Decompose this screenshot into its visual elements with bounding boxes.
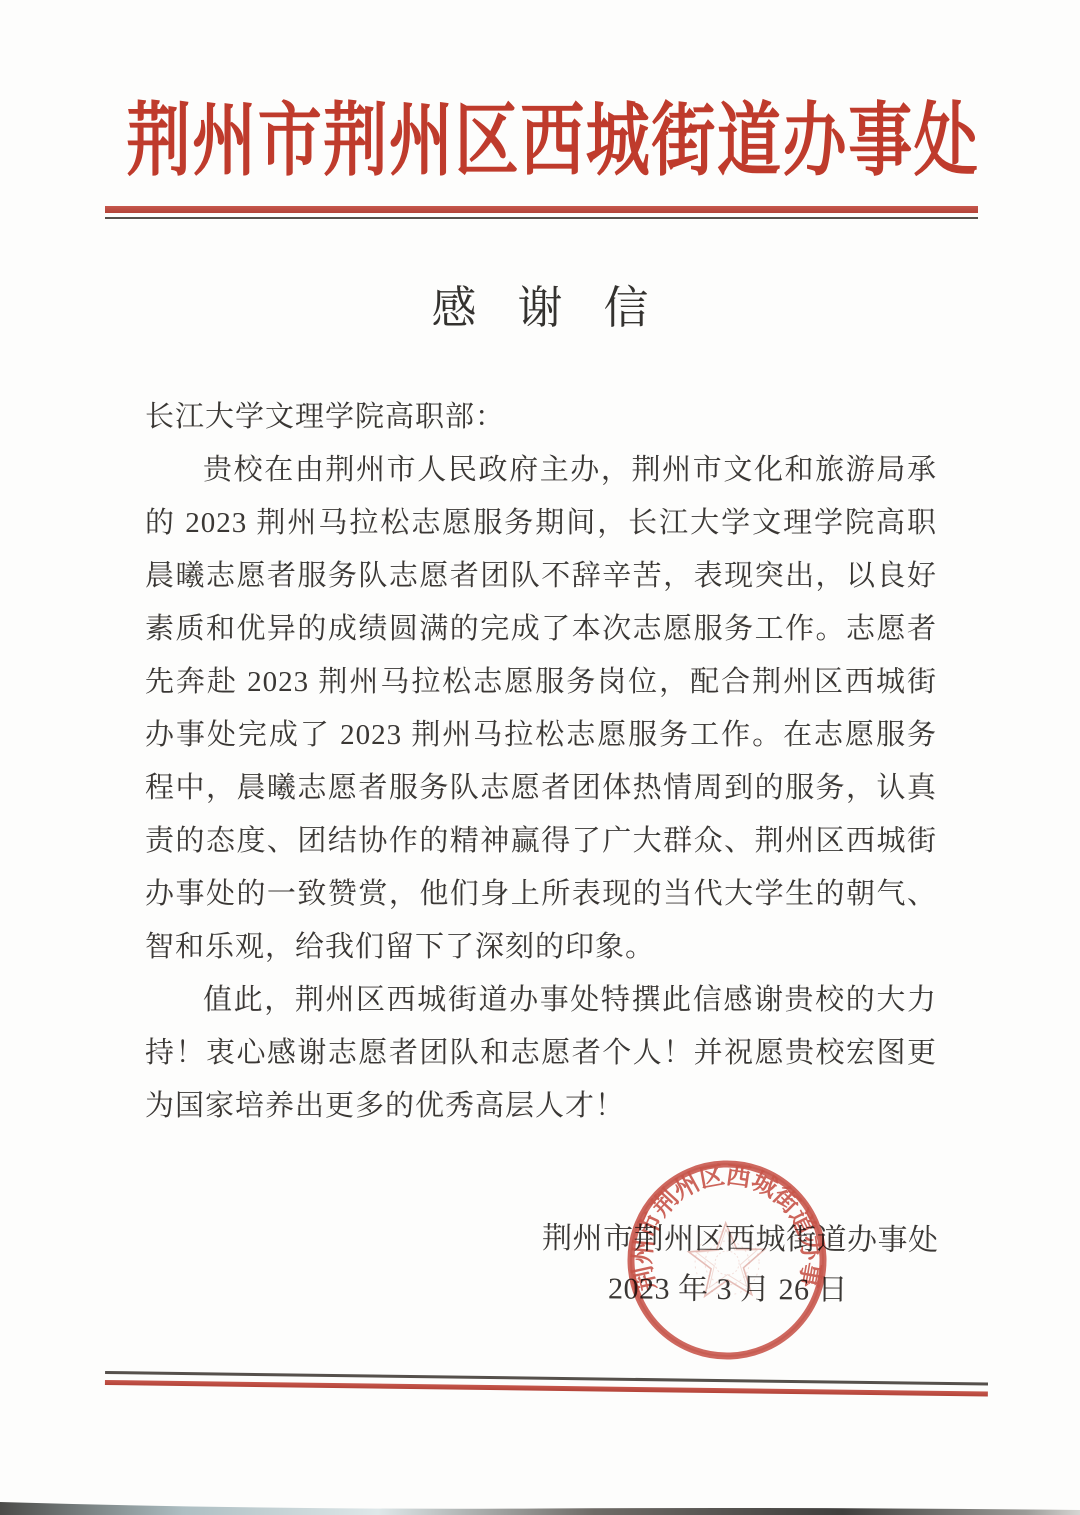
letterhead-rule-red [105, 206, 978, 213]
body-line: 办事处的一致赞赏，他们身上所表现的当代大学生的朝气、睿 [145, 868, 937, 921]
seal-ring-text: 荆州市荆州区西城街道办事处 [608, 1141, 827, 1297]
footer-rules [105, 1371, 988, 1397]
body-line: 智和乐观，给我们留下了深刻的印象。 [145, 921, 937, 974]
body-line: 的 2023 荆州马拉松志愿服务期间，长江大学文理学院高职部 [145, 497, 937, 550]
scan-edge-shadow [0, 1497, 1080, 1515]
body-line: 晨曦志愿者服务队志愿者团队不辞辛苦，表现突出，以良好的 [145, 550, 937, 603]
body-line: 贵校在由荆州市人民政府主办，荆州市文化和旅游局承办 [145, 444, 937, 497]
body-line: 值此，荆州区西城街道办事处特撰此信感谢贵校的大力支 [145, 974, 937, 1027]
body-line: 程中，晨曦志愿者服务队志愿者团体热情周到的服务，认真负 [145, 762, 937, 815]
salutation: 长江大学文理学院高职部： [145, 391, 937, 444]
body-line: 为国家培养出更多的优秀高层人才！ [145, 1080, 937, 1133]
body-line: 责的态度、团结协作的精神赢得了广大群众、荆州区西城街道 [145, 815, 937, 868]
body-line: 持！衷心感谢志愿者团队和志愿者个人！并祝愿贵校宏图更展， [145, 1027, 937, 1080]
body-line: 素质和优异的成绩圆满的完成了本次志愿服务工作。志愿者首 [145, 603, 937, 656]
svg-text:荆州市荆州区西城街道办事处: 荆州市荆州区西城街道办事处 [608, 1141, 827, 1297]
scanned-letter-page: 荆州市荆州区西城街道办事处 感谢信 长江大学文理学院高职部： 贵校在由荆州市人民… [0, 0, 1080, 1515]
letterhead-rule-dark [105, 217, 978, 219]
body-line: 办事处完成了 2023 荆州马拉松志愿服务工作。在志愿服务过 [145, 709, 937, 762]
official-seal-stamp-icon: 荆州市荆州区西城街道办事处 [608, 1141, 846, 1379]
document-title: 感谢信 [0, 283, 1080, 333]
letterhead-title: 荆州市荆州区西城街道办事处 [121, 102, 985, 182]
letter-body: 长江大学文理学院高职部： 贵校在由荆州市人民政府主办，荆州市文化和旅游局承办 的… [145, 391, 937, 1133]
body-line: 先奔赴 2023 荆州马拉松志愿服务岗位，配合荆州区西城街道 [145, 656, 937, 709]
